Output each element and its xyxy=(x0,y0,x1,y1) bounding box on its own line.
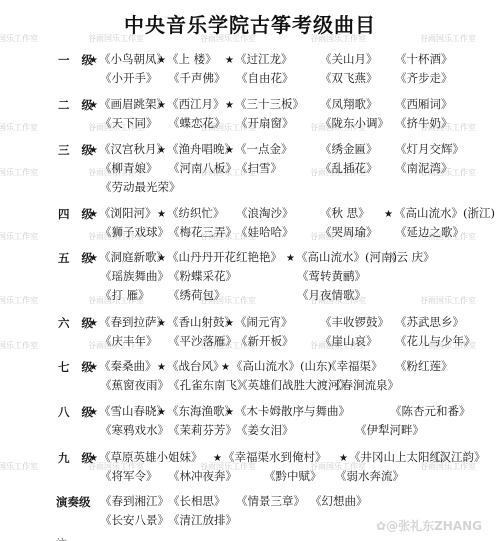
piece-item: ★《山丹丹开花红艳艳》 xyxy=(157,250,282,266)
star-icon: ★ xyxy=(89,362,98,373)
piece-title: 《天下同》 xyxy=(100,116,158,130)
piece-title: 《劳动最光荣》 xyxy=(100,180,181,194)
star-icon: ★ xyxy=(157,55,166,66)
piece-item: 《开扇窗》 xyxy=(236,116,294,130)
piece-title: 《瑶族舞曲》 xyxy=(100,269,169,283)
piece-title: 《陇东小调》 xyxy=(320,116,389,130)
piece-item: 《云 庆》 xyxy=(385,250,435,264)
piece-title: 《河南八板》 xyxy=(168,161,237,175)
piece-item: 《蕉窗夜雨》 xyxy=(100,378,169,392)
piece-title: 《高山流水》(浙江) xyxy=(394,206,495,220)
piece-title: 《开扇窗》 xyxy=(236,116,294,130)
piece-item: 《茉莉芬芳》 xyxy=(168,423,237,437)
piece-item: 《秋 思》 xyxy=(320,206,370,220)
piece-item: 《狮子戏球》 xyxy=(100,225,169,239)
star-icon: ★ xyxy=(225,145,234,156)
piece-item: ★《高山流水》(浙江) xyxy=(384,206,495,222)
piece-title: 《哭周瑜》 xyxy=(320,225,378,239)
star-icon: ★ xyxy=(157,100,166,111)
piece-item: 《双飞燕》 xyxy=(320,71,378,85)
piece-title: 《灯月交辉》 xyxy=(395,142,464,156)
piece-item: 《小开手》 xyxy=(100,71,158,85)
piece-title: 《纺织忙》 xyxy=(167,206,225,220)
piece-title: 《幸福渠水到俺村》 xyxy=(223,450,327,464)
piece-title: 《绣荷包》 xyxy=(168,288,226,302)
watermark-text: 谷雨国乐工作室 xyxy=(420,295,476,306)
piece-title: 《秋 思》 xyxy=(320,206,370,220)
star-icon: ★ xyxy=(157,407,166,418)
piece-item: 《绣荷包》 xyxy=(168,288,226,302)
piece-title: 《西厢词》 xyxy=(395,97,453,111)
piece-item: 《打 雁》 xyxy=(100,288,150,302)
piece-title: 《汉江韵》 xyxy=(428,450,486,464)
piece-item: 《清江放排》 xyxy=(168,513,237,527)
piece-title: 《花儿与少年》 xyxy=(395,334,476,348)
piece-item: ★《木卡姆散序与舞曲》 xyxy=(225,404,350,420)
piece-item: 《春到湘江》 xyxy=(100,494,169,508)
piece-title: 《茉莉芬芳》 xyxy=(168,423,237,437)
piece-title: 《长相思》 xyxy=(168,494,226,508)
star-icon: ★ xyxy=(89,55,98,66)
watermark-text: 国乐工作室 xyxy=(0,231,38,242)
piece-title: 《粉蝶采花》 xyxy=(168,269,237,283)
piece-title: 《秦桑曲》 xyxy=(99,359,157,373)
piece-title: 《浪淘沙》 xyxy=(236,206,294,220)
piece-title: 《上 楼》 xyxy=(167,52,217,66)
piece-item: 《劳动最光荣》 xyxy=(100,180,181,194)
piece-item: ★《一点金》 xyxy=(225,142,292,158)
piece-item: 《新开板》 xyxy=(236,334,294,348)
source-credit: ✿@张礼东ZHANG xyxy=(376,517,482,534)
piece-title: 《双飞燕》 xyxy=(320,71,378,85)
star-icon: ★ xyxy=(225,100,234,111)
piece-title: 《情景三章》 xyxy=(236,494,305,508)
piece-item: ★《浏阳河》 xyxy=(89,206,156,222)
star-icon: ★ xyxy=(157,318,166,329)
page-title: 中央音乐学院古筝考级曲目 xyxy=(0,9,500,38)
piece-title: 《千声佛》 xyxy=(168,71,226,85)
piece-title: 《姜女泪》 xyxy=(236,423,294,437)
star-icon: ★ xyxy=(225,55,234,66)
piece-item: 《幻想曲》 xyxy=(310,494,368,508)
piece-item: 《挤牛奶》 xyxy=(395,116,453,130)
piece-item: 《自由花》 xyxy=(236,71,294,85)
piece-title: 《娃哈哈》 xyxy=(236,225,294,239)
piece-item: ★《过江龙》 xyxy=(225,52,292,68)
piece-item: 《柳青娘》 xyxy=(100,161,158,175)
star-icon: ★ xyxy=(286,253,295,264)
star-icon: ★ xyxy=(157,145,166,156)
piece-item: 《陇东小调》 xyxy=(320,116,389,130)
piece-title: 《浏阳河》 xyxy=(99,206,157,220)
piece-item: 《平沙落雁》 xyxy=(168,334,237,348)
piece-item: ★《上 楼》 xyxy=(157,52,217,68)
piece-item: 《幸福渠》 xyxy=(325,359,383,373)
piece-title: 《清江放排》 xyxy=(168,513,237,527)
piece-item: 《林冲夜奔》 xyxy=(168,469,237,483)
piece-title: 《西江月》 xyxy=(167,97,225,111)
star-icon: ★ xyxy=(225,407,234,418)
piece-item: 《寒鸦戏水》 xyxy=(100,423,169,437)
piece-item: 《河南八板》 xyxy=(168,161,237,175)
piece-title: 《黔中赋》 xyxy=(264,469,322,483)
piece-title: 《挤牛奶》 xyxy=(395,116,453,130)
star-icon: ★ xyxy=(213,453,222,464)
piece-item: 《娃哈哈》 xyxy=(236,225,294,239)
score-list-page: 中央音乐学院古筝考级曲目 国乐工作室谷雨国乐工作室谷雨国乐工作室谷雨国乐工作室谷… xyxy=(0,0,500,541)
piece-title: 《关山月》 xyxy=(320,52,378,66)
piece-title: 《扫雪》 xyxy=(236,161,282,175)
piece-item: 《关山月》 xyxy=(320,52,378,66)
piece-item: 《庆丰年》 xyxy=(100,334,158,348)
piece-item: 《延边之歌》 xyxy=(395,225,464,239)
piece-item: 《绣金匾》 xyxy=(320,142,378,156)
piece-item: 《月夜情歌》 xyxy=(297,288,366,302)
piece-title: 《高山流水》(山东) xyxy=(231,359,332,373)
piece-title: 《伊犁河畔》 xyxy=(355,423,424,437)
piece-title: 《小开手》 xyxy=(100,71,158,85)
piece-item: ★《三十三板》 xyxy=(225,97,304,113)
piece-item: 《浪淘沙》 xyxy=(236,206,294,220)
star-icon: ★ xyxy=(89,100,98,111)
piece-title: 《延边之歌》 xyxy=(395,225,464,239)
piece-item: 《西厢词》 xyxy=(395,97,453,111)
star-icon: ★ xyxy=(157,362,166,373)
piece-item: ★《西江月》 xyxy=(157,97,224,113)
piece-item: ★《战台风》 xyxy=(157,359,224,375)
piece-item: 《凤翔歌》 xyxy=(320,97,378,111)
piece-item: 《长相思》 xyxy=(168,494,226,508)
piece-title: 《春涧流泉》 xyxy=(330,378,399,392)
piece-item: 《天下同》 xyxy=(100,116,158,130)
piece-item: 《情景三章》 xyxy=(236,494,305,508)
piece-item: 《汉江韵》 xyxy=(428,450,486,464)
piece-title: 《蝶恋花》 xyxy=(168,116,226,130)
piece-title: 《绣金匾》 xyxy=(320,142,378,156)
star-icon: ★ xyxy=(89,209,98,220)
piece-title: 《丰收锣鼓》 xyxy=(320,315,389,329)
piece-title: 《莺转黄鹂》 xyxy=(297,269,366,283)
star-icon: ★ xyxy=(89,253,98,264)
piece-title: 《自由花》 xyxy=(236,71,294,85)
piece-title: 《苏武思乡》 xyxy=(395,315,464,329)
piece-item: 《齐步走》 xyxy=(395,71,453,85)
piece-title: 《将军令》 xyxy=(100,469,158,483)
grade-label: 演奏级 xyxy=(56,494,98,510)
piece-item: 《弱水奔流》 xyxy=(335,469,404,483)
piece-title: 《陈杏元和番》 xyxy=(390,404,471,418)
star-icon: ★ xyxy=(384,209,393,220)
piece-item: 《莺转黄鹂》 xyxy=(297,269,366,283)
star-icon: ★ xyxy=(339,453,348,464)
star-icon: ★ xyxy=(89,145,98,156)
piece-item: 《陈杏元和番》 xyxy=(390,404,471,418)
piece-title: 《春到湘江》 xyxy=(100,494,169,508)
piece-item: 《长安八景》 xyxy=(100,513,169,527)
star-icon: ★ xyxy=(89,453,98,464)
piece-item: 《粉蝶采花》 xyxy=(168,269,237,283)
piece-item: 《蝶恋花》 xyxy=(168,116,226,130)
piece-title: 《粉红莲》 xyxy=(395,359,453,373)
piece-item: 《灯月交辉》 xyxy=(395,142,464,156)
piece-item: 《姜女泪》 xyxy=(236,423,294,437)
piece-title: 《梅花三弄》 xyxy=(168,225,237,239)
piece-title: 《狮子戏球》 xyxy=(100,225,169,239)
watermark-text: 国乐工作室 xyxy=(0,167,38,178)
piece-item: ★《高山流水》(河南) xyxy=(286,250,397,266)
piece-title: 《打 雁》 xyxy=(100,288,150,302)
piece-title: 《过江龙》 xyxy=(235,52,293,66)
piece-item: 《花儿与少年》 xyxy=(395,334,476,348)
piece-item: 《十杯酒》 xyxy=(395,52,453,66)
cutoff-note: 注：… xyxy=(56,535,89,541)
piece-item: 《南泥湾》 xyxy=(395,161,453,175)
watermark-text: 国乐工作室 xyxy=(0,295,38,306)
piece-title: 《月夜情歌》 xyxy=(297,288,366,302)
piece-title: 《庆丰年》 xyxy=(100,334,158,348)
star-icon: ★ xyxy=(225,318,234,329)
piece-title: 《幸福渠》 xyxy=(325,359,383,373)
piece-title: 《幻想曲》 xyxy=(310,494,368,508)
piece-title: 《长安八景》 xyxy=(100,513,169,527)
piece-title: 《崖山哀》 xyxy=(320,334,378,348)
piece-title: 《寒鸦戏水》 xyxy=(100,423,169,437)
watermark-text: 国乐工作室 xyxy=(0,461,38,472)
piece-item: 《丰收锣鼓》 xyxy=(320,315,389,329)
piece-item: ★《闹元宵》 xyxy=(225,315,292,331)
piece-title: 《十杯酒》 xyxy=(395,52,453,66)
piece-item: 《瑶族舞曲》 xyxy=(100,269,169,283)
piece-item: 《哭周瑜》 xyxy=(320,225,378,239)
piece-item: ★《秦桑曲》 xyxy=(89,359,156,375)
piece-item: ★《纺织忙》 xyxy=(157,206,224,222)
piece-title: 《平沙落雁》 xyxy=(168,334,237,348)
piece-title: 《山丹丹开花红艳艳》 xyxy=(167,250,282,264)
piece-item: ★《高山流水》(山东) xyxy=(221,359,332,375)
piece-title: 《闹元宵》 xyxy=(235,315,293,329)
piece-item: 《春涧流泉》 xyxy=(330,378,399,392)
piece-title: 《三十三板》 xyxy=(235,97,304,111)
piece-title: 《林冲夜奔》 xyxy=(168,469,237,483)
piece-item: ★《幸福渠水到俺村》 xyxy=(213,450,326,466)
star-icon: ★ xyxy=(89,407,98,418)
piece-title: 《弱水奔流》 xyxy=(335,469,404,483)
piece-title: 《木卡姆散序与舞曲》 xyxy=(235,404,350,418)
star-icon: ★ xyxy=(157,209,166,220)
piece-title: 《云 庆》 xyxy=(385,250,435,264)
piece-item: 《伊犁河畔》 xyxy=(355,423,424,437)
watermark-text: 国乐工作室 xyxy=(0,340,38,351)
star-icon: ★ xyxy=(89,318,98,329)
star-icon: ★ xyxy=(157,253,166,264)
piece-item: 《千声佛》 xyxy=(168,71,226,85)
piece-title: 《乱插花》 xyxy=(320,161,378,175)
piece-title: 《蕉窗夜雨》 xyxy=(100,378,169,392)
piece-item: 《将军令》 xyxy=(100,469,158,483)
piece-item: 《崖山哀》 xyxy=(320,334,378,348)
piece-title: 《新开板》 xyxy=(236,334,294,348)
piece-title: 《柳青娘》 xyxy=(100,161,158,175)
piece-item: 《乱插花》 xyxy=(320,161,378,175)
piece-item: 《黔中赋》 xyxy=(264,469,322,483)
piece-title: 《高山流水》(河南) xyxy=(296,250,397,264)
piece-item: 《粉红莲》 xyxy=(395,359,453,373)
piece-item: 《扫雪》 xyxy=(236,161,282,175)
star-icon: ★ xyxy=(221,362,230,373)
piece-item: 《苏武思乡》 xyxy=(395,315,464,329)
piece-item: ★《草原英雄小姐妹》 xyxy=(89,450,202,466)
piece-item: 《梅花三弄》 xyxy=(168,225,237,239)
piece-title: 《齐步走》 xyxy=(395,71,453,85)
piece-title: 《一点金》 xyxy=(235,142,293,156)
piece-title: 《南泥湾》 xyxy=(395,161,453,175)
piece-title: 《凤翔歌》 xyxy=(320,97,378,111)
piece-title: 《草原英雄小姐妹》 xyxy=(99,450,203,464)
piece-title: 《战台风》 xyxy=(167,359,225,373)
watermark-text: 国乐工作室 xyxy=(0,122,38,133)
